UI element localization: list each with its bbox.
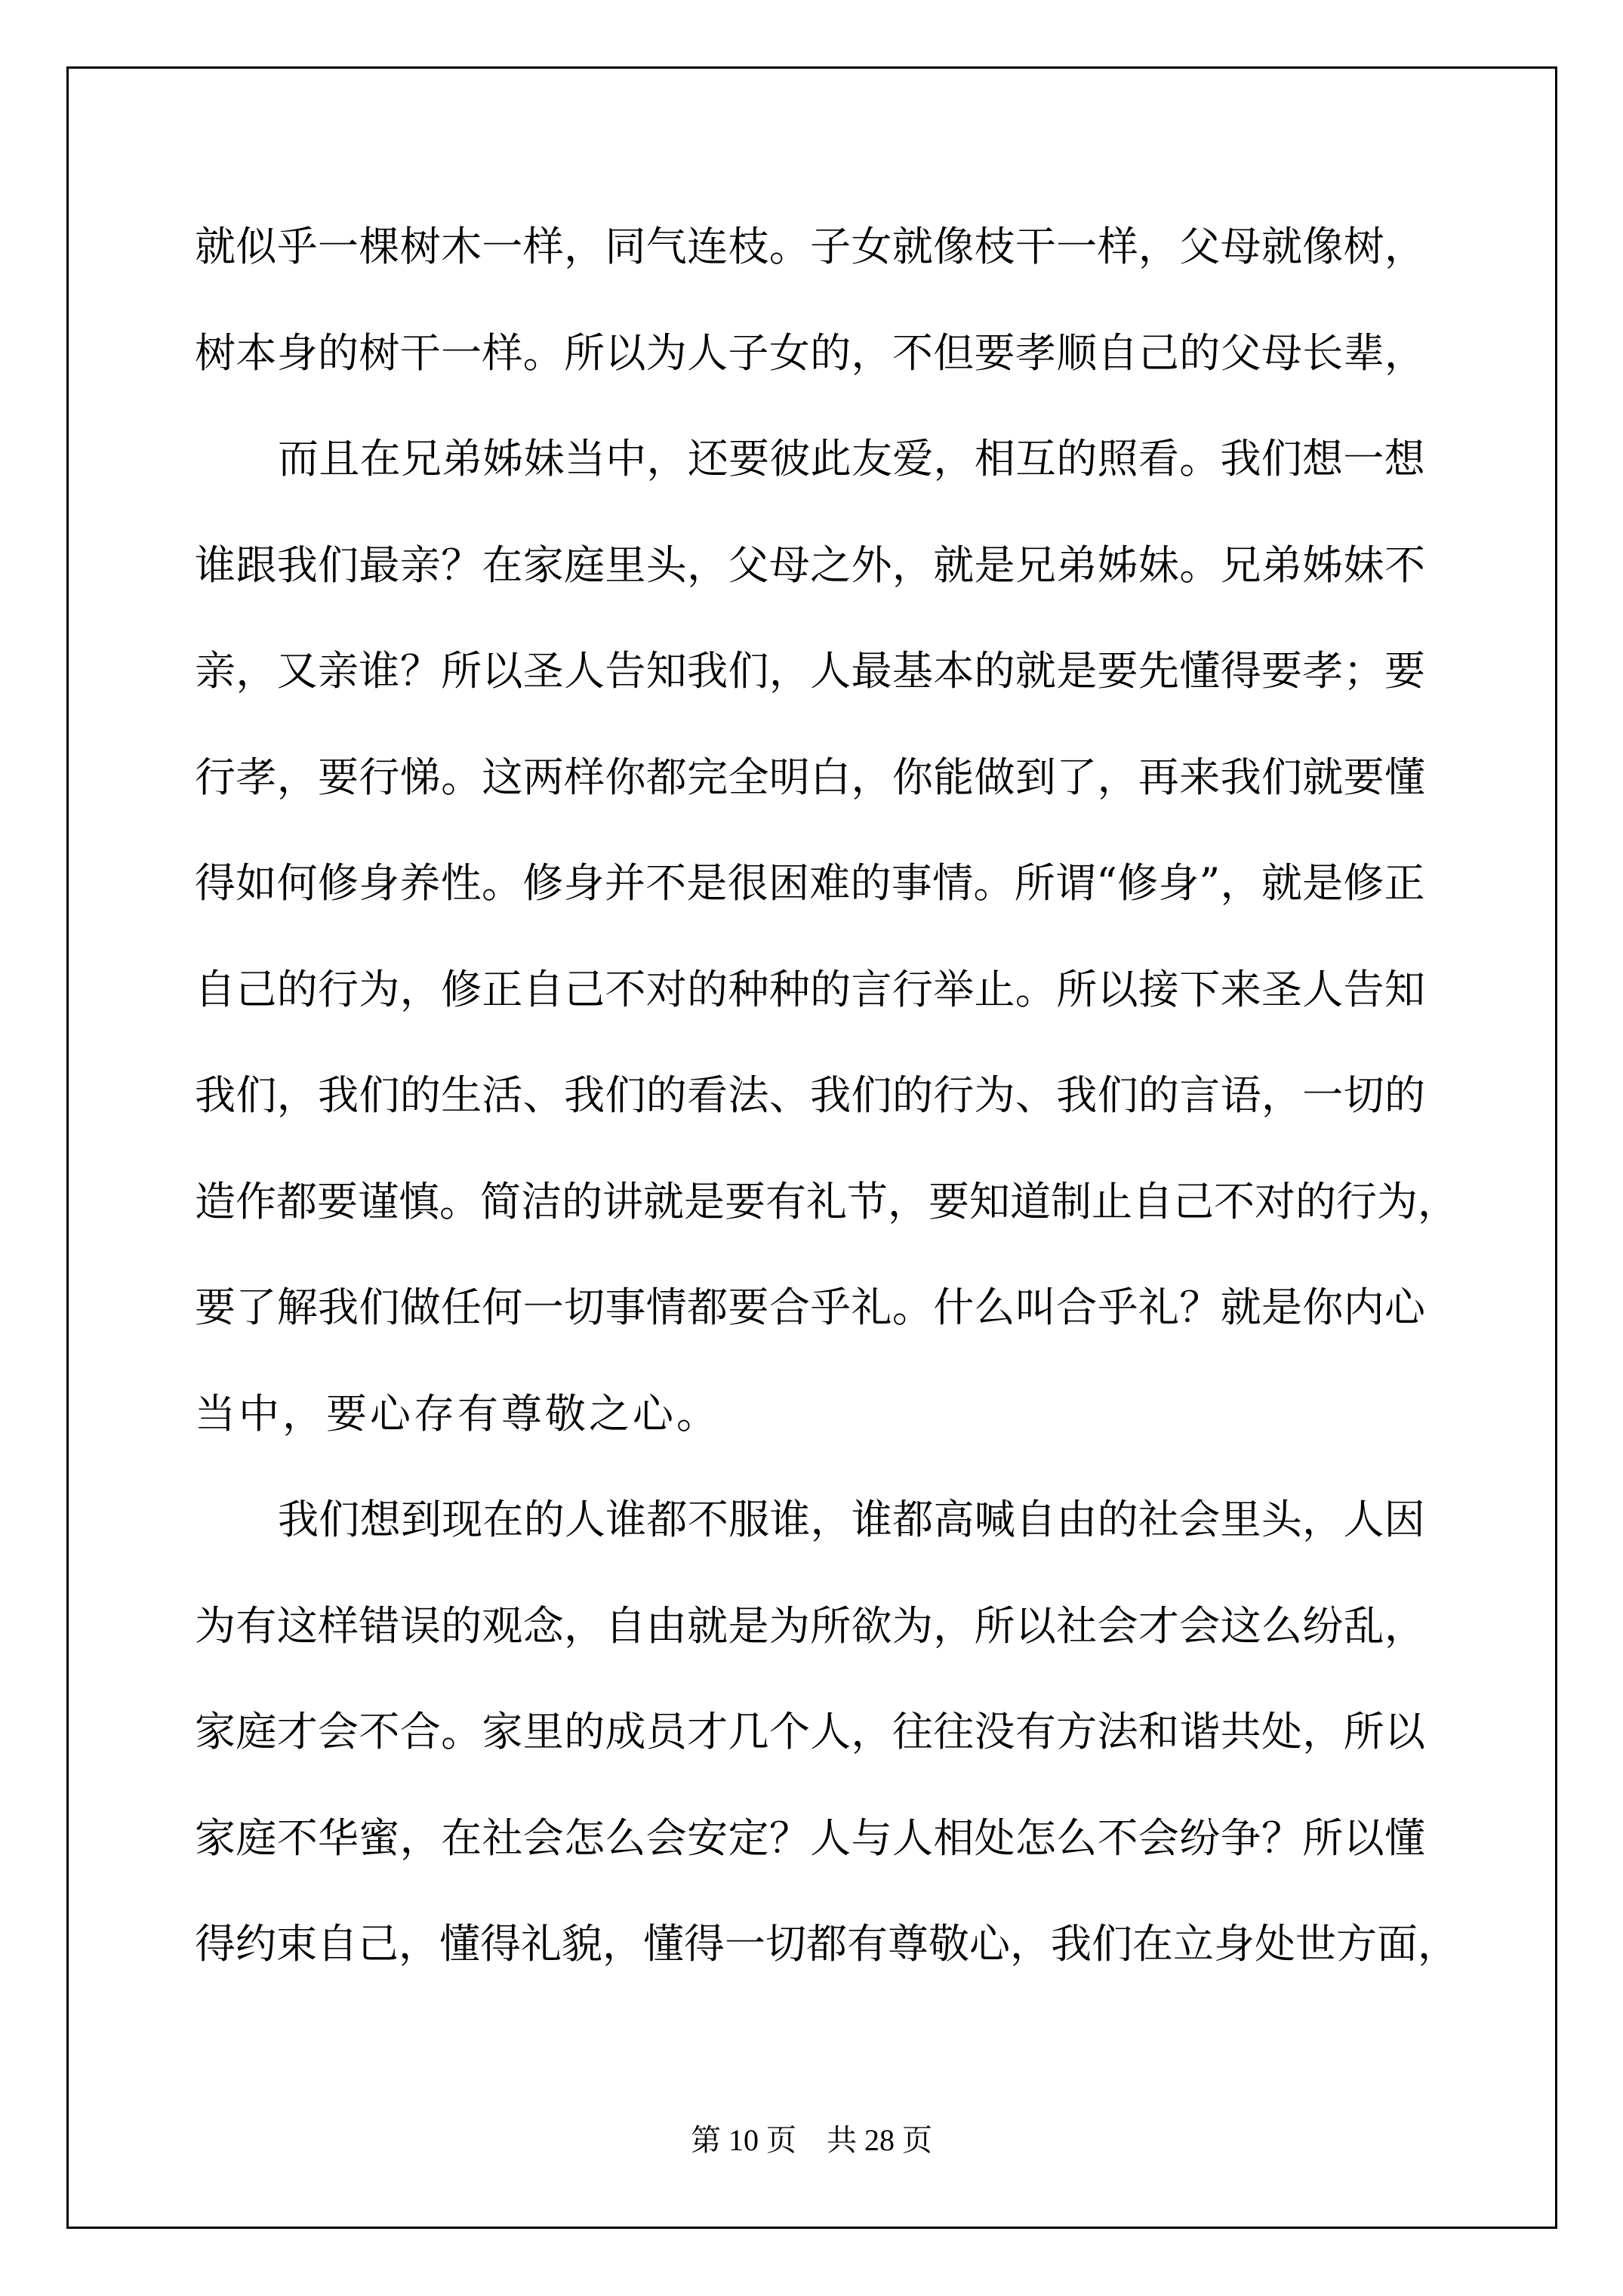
char: 尊 (501, 1392, 542, 1436)
char: 来 (1179, 756, 1220, 800)
char: 才 (1138, 1604, 1179, 1648)
char: 难 (809, 861, 850, 905)
text-line: 要了解我们做任何一切事情都要合乎礼。什么叫合乎礼？就是你内心 (195, 1286, 1425, 1330)
char: 任 (441, 1286, 482, 1330)
char: 不 (1098, 1817, 1138, 1860)
char: 人 (1343, 1498, 1384, 1542)
char: 不 (605, 968, 645, 1012)
char: 。 (973, 861, 1014, 905)
char: 我 (277, 544, 318, 587)
char: 活 (482, 1074, 522, 1117)
char: 得 (1221, 649, 1261, 693)
char: 当 (565, 437, 605, 481)
char: 不 (892, 331, 933, 375)
char: 我 (1051, 1922, 1092, 1966)
char: 爱 (892, 437, 933, 481)
char: 了 (1056, 756, 1097, 800)
text-line: 当中，要心存有尊敬之心。 (195, 1392, 1425, 1436)
char: 有 (236, 1604, 276, 1648)
char: ， (1010, 1922, 1051, 1966)
char: ， (1098, 756, 1138, 800)
char: 所 (1015, 861, 1055, 905)
char: 人 (810, 1710, 851, 1754)
char: 知 (1384, 968, 1425, 1012)
char: 修 (1117, 861, 1158, 905)
char: 一 (725, 1922, 765, 1966)
char: 要 (195, 1286, 236, 1330)
char: 连 (687, 225, 728, 269)
char: 何 (482, 1286, 522, 1330)
char: ， (1261, 1074, 1302, 1117)
char: 想 (1302, 437, 1343, 481)
char: ， (282, 1392, 323, 1436)
char: 我 (1220, 437, 1261, 481)
char: 的 (564, 1710, 605, 1754)
char: 自 (195, 968, 236, 1012)
char: 人 (564, 649, 605, 693)
char: 为 (892, 1604, 933, 1648)
char: 处 (975, 1817, 1015, 1860)
char: 华 (318, 1817, 359, 1860)
char: ， (1384, 1604, 1425, 1648)
char: 告 (605, 649, 645, 693)
char: 自 (317, 1922, 358, 1966)
char: 纷 (1302, 1604, 1343, 1648)
char: 与 (852, 1817, 892, 1860)
char: 困 (768, 861, 809, 905)
char: 懂 (439, 1922, 480, 1966)
char: 不 (1384, 544, 1425, 587)
char: ， (647, 437, 688, 481)
char: 谨 (358, 1180, 399, 1224)
document-page: 就似乎一棵树木一样，同气连枝。子女就像枝干一样，父母就像树，树本身的树干一样。所… (0, 0, 1623, 2296)
char: 得 (480, 1922, 521, 1966)
char: 当 (195, 1392, 236, 1436)
char: 有 (765, 1180, 806, 1224)
char: 敬 (545, 1392, 586, 1436)
char: 为 (975, 1074, 1015, 1117)
char: 兄 (1015, 544, 1056, 587)
char: 的 (851, 861, 892, 905)
char: 长 (1302, 331, 1343, 375)
char: 为 (646, 331, 687, 375)
char: 要 (728, 437, 769, 481)
char: 就 (1015, 649, 1056, 693)
char: 头 (646, 544, 687, 587)
char: “ (1096, 861, 1117, 905)
char: 己 (1173, 1180, 1214, 1224)
char: 节 (847, 1180, 888, 1224)
char: 解 (277, 1286, 318, 1330)
char: 我 (195, 1074, 236, 1117)
char: 行 (318, 968, 359, 1012)
char: 就 (687, 1604, 728, 1648)
char: 辈 (1344, 331, 1384, 375)
char: 么 (1056, 1817, 1097, 1860)
char: 和 (1138, 1710, 1179, 1754)
char: 看 (1138, 437, 1179, 481)
char: 语 (1221, 1074, 1261, 1117)
char: 本 (933, 649, 974, 693)
char: 安 (687, 1817, 728, 1860)
char: 还 (688, 437, 728, 481)
char: 是 (1302, 861, 1343, 905)
char: 会 (1138, 1817, 1179, 1860)
char: 父 (1179, 225, 1220, 269)
char: 心 (633, 1392, 673, 1436)
char: 一 (523, 1286, 564, 1330)
char: 懂 (1179, 649, 1220, 693)
char: 道 (1010, 1180, 1051, 1224)
char: 我 (687, 649, 728, 693)
char: 我 (318, 1286, 359, 1330)
page-footer: 第 10 页 共 28 页 (0, 2123, 1623, 2158)
char: 似 (236, 225, 276, 269)
char: 言 (852, 968, 892, 1012)
char: 又 (277, 649, 318, 693)
char: ， (602, 1922, 643, 1966)
char: 法 (728, 1074, 768, 1117)
char: 先 (1138, 649, 1179, 693)
char: 在 (441, 1817, 482, 1860)
char: 孝 (236, 756, 276, 800)
char: 谐 (1179, 1710, 1220, 1754)
char: 看 (687, 1074, 728, 1117)
char: ， (934, 437, 975, 481)
char: 才 (277, 1710, 318, 1754)
char: 家 (482, 1710, 522, 1754)
char: 到 (401, 1498, 442, 1542)
char: 不 (688, 1498, 728, 1542)
text-line: 得如何修身养性。修身并不是很困难的事情。所谓“修身”，就是修正 (195, 861, 1425, 905)
char: 人 (1302, 968, 1343, 1012)
char: 友 (852, 437, 892, 481)
char: 子 (728, 331, 768, 375)
char: 圣 (523, 649, 564, 693)
char: 妹 (1138, 544, 1179, 587)
char: 弟 (1261, 544, 1302, 587)
char: 行 (933, 1074, 974, 1117)
char: 人 (810, 649, 851, 693)
char: 们 (1261, 437, 1302, 481)
char: 们 (318, 544, 359, 587)
char: 误 (400, 1604, 441, 1648)
char: 以 (1098, 968, 1138, 1012)
char: 有 (847, 1922, 888, 1966)
char: 往 (933, 1710, 974, 1754)
char: 情 (932, 861, 973, 905)
char: 乱 (1344, 1604, 1384, 1648)
char: 亲 (318, 649, 359, 693)
char: 、 (1015, 1074, 1056, 1117)
char: 乎 (277, 225, 318, 269)
char: 最 (852, 649, 892, 693)
char: 但 (933, 331, 974, 375)
char: 法 (1098, 1710, 1138, 1754)
char: 事 (605, 1286, 645, 1330)
char: 会 (646, 1817, 687, 1860)
char: 谁 (605, 1498, 646, 1542)
char: 不 (359, 1710, 399, 1754)
char: 是 (975, 544, 1015, 587)
char: 修 (318, 861, 359, 905)
char: 貌 (562, 1922, 602, 1966)
char: 知 (969, 1180, 1010, 1224)
char: ， (564, 225, 605, 269)
char: 的 (1056, 437, 1097, 481)
char: 对 (1255, 1180, 1295, 1224)
char: 我 (564, 1074, 605, 1117)
char: 明 (769, 756, 810, 800)
char: 方 (1056, 1710, 1097, 1754)
char: 最 (359, 544, 399, 587)
text-line: 自己的行为，修正自己不对的种种的言行举止。所以接下来圣人告知 (195, 968, 1425, 1012)
char: 服 (728, 1498, 769, 1542)
char: 错 (359, 1604, 399, 1648)
text-line: 为有这样错误的观念，自由就是为所欲为，所以社会才会这么纷乱， (195, 1604, 1425, 1648)
char: 谁 (195, 544, 236, 587)
char: 礼 (806, 1180, 847, 1224)
char: 木 (441, 225, 482, 269)
char: 身 (564, 861, 605, 905)
char: 女 (769, 331, 810, 375)
char: 家 (195, 1817, 236, 1860)
char: 样 (1098, 225, 1138, 269)
char: 知 (646, 649, 687, 693)
char: 要 (318, 756, 359, 800)
char: 、 (523, 1074, 564, 1117)
char: 。 (441, 1710, 482, 1754)
char: ？ (400, 649, 441, 693)
char: 做 (400, 1286, 441, 1330)
text-line: 家庭才会不合。家里的成员才几个人，往往没有方法和谐共处，所以 (195, 1710, 1425, 1754)
char: 就 (1261, 861, 1302, 905)
char: 跟 (236, 544, 276, 587)
char: 并 (605, 861, 645, 905)
char: 社 (1138, 1498, 1179, 1542)
char: 慎 (399, 1180, 439, 1224)
char: 们 (359, 1074, 399, 1117)
char: 纷 (1179, 1817, 1220, 1860)
char: 干 (1015, 225, 1056, 269)
char: 所 (1344, 1710, 1384, 1754)
char: ， (1384, 331, 1425, 375)
char: 一 (1302, 1074, 1343, 1117)
char: 共 (1221, 1710, 1261, 1754)
char: 谓 (1055, 861, 1096, 905)
char: 。 (1015, 968, 1056, 1012)
char: 造 (195, 1180, 236, 1224)
char: 喊 (975, 1498, 1015, 1542)
char: 能 (933, 756, 974, 800)
char: 。 (439, 1180, 480, 1224)
char: 的 (687, 968, 728, 1012)
char: ， (888, 1180, 929, 1224)
char: 树 (400, 225, 441, 269)
char: ， (564, 1604, 605, 1648)
char: 有 (1015, 1710, 1056, 1754)
char: 样 (564, 756, 605, 800)
char: 自 (1015, 1498, 1056, 1542)
char: 自 (605, 1604, 645, 1648)
char: 己 (564, 968, 605, 1012)
char: 生 (441, 1074, 482, 1117)
char: 懂 (643, 1922, 684, 1966)
char: 言 (1179, 1074, 1220, 1117)
char: 此 (811, 437, 852, 481)
char: 礼 (852, 1286, 892, 1330)
char: 里 (1220, 1498, 1261, 1542)
char: 要 (725, 1180, 765, 1224)
char: 面 (1377, 1922, 1418, 1966)
char: 止 (975, 968, 1015, 1012)
char: 身 (277, 331, 318, 375)
char: 家 (523, 544, 564, 587)
char: 讲 (602, 1180, 643, 1224)
char: 的 (1295, 1180, 1336, 1224)
char: 这 (1221, 1604, 1261, 1648)
char: ” (1200, 861, 1221, 905)
char: 要 (1098, 649, 1138, 693)
char: 修 (1343, 861, 1384, 905)
char: 兄 (1221, 544, 1261, 587)
char: 社 (1056, 1604, 1097, 1648)
char: ， (1418, 1180, 1458, 1224)
char: ？ (441, 544, 482, 587)
char: 社 (482, 1817, 522, 1860)
char: 弟 (1056, 544, 1097, 587)
char: 相 (933, 1817, 974, 1860)
char: 的 (810, 968, 851, 1012)
char: ； (1344, 649, 1384, 693)
char: 对 (646, 968, 687, 1012)
char: 是 (684, 1180, 725, 1224)
char: ， (933, 1604, 974, 1648)
char: 怎 (564, 1817, 605, 1860)
char: 种 (728, 968, 768, 1012)
text-line: 而且在兄弟姊妹当中，还要彼此友爱，相互的照看。我们想一想 (195, 437, 1425, 481)
char: 简 (480, 1180, 521, 1224)
char: 而 (278, 437, 319, 481)
char: 存 (414, 1392, 454, 1436)
char: 要 (1384, 649, 1425, 693)
char: 处 (1261, 1710, 1302, 1754)
char: 人 (810, 1817, 851, 1860)
char: 不 (645, 861, 686, 905)
char: ？ (769, 1817, 810, 1860)
char: 就 (1302, 756, 1343, 800)
char: 所 (810, 1604, 851, 1648)
char: 合 (400, 1710, 441, 1754)
char: 得 (684, 1922, 725, 1966)
char: 内 (1344, 1286, 1384, 1330)
char: 。 (1179, 544, 1220, 587)
char: 都 (647, 1498, 688, 1542)
char: 父 (728, 544, 768, 587)
char: 礼 (521, 1922, 562, 1966)
text-line: 造作都要谨慎。简洁的讲就是要有礼节，要知道制止自己不对的行为， (195, 1180, 1425, 1224)
char: 。 (441, 756, 482, 800)
char: 弟 (442, 437, 482, 481)
char: 在 (482, 544, 522, 587)
char: 就 (1261, 225, 1302, 269)
char: 所 (1302, 1817, 1343, 1860)
char: 父 (1221, 331, 1261, 375)
char: 不 (1214, 1180, 1255, 1224)
char: 尊 (888, 1922, 929, 1966)
char: ， (1418, 1922, 1458, 1966)
char: 都 (806, 1922, 847, 1966)
char: 要 (728, 1286, 768, 1330)
char: 外 (852, 544, 892, 587)
char: 在 (482, 1498, 523, 1542)
char: 样 (318, 1604, 359, 1648)
char: 告 (1344, 968, 1384, 1012)
char: 修 (441, 968, 482, 1012)
char: 白 (810, 756, 851, 800)
char: 争 (1221, 1817, 1261, 1860)
char: 要 (317, 1180, 358, 1224)
char: 为 (359, 968, 399, 1012)
char: 庭 (236, 1710, 276, 1754)
char: 本 (236, 331, 276, 375)
char: 再 (1138, 756, 1179, 800)
char: 们 (605, 1074, 645, 1117)
char: 照 (1098, 437, 1138, 481)
char: 己 (358, 1922, 399, 1966)
char: 怎 (1015, 1817, 1056, 1860)
char: 棵 (359, 225, 399, 269)
char: 人 (892, 1817, 933, 1860)
char: 女 (852, 225, 892, 269)
char: 的 (1384, 1074, 1425, 1117)
char: ， (400, 968, 441, 1012)
char: 合 (1056, 1286, 1097, 1330)
char: 。 (676, 1392, 717, 1436)
char: 有 (457, 1392, 498, 1436)
char: 兄 (401, 437, 442, 481)
char: 切 (564, 1286, 605, 1330)
char: 得 (195, 1922, 236, 1966)
char: 是 (686, 861, 727, 905)
char: 行 (359, 756, 399, 800)
char: 性 (441, 861, 482, 905)
char: 一 (318, 225, 359, 269)
char: 么 (605, 1817, 645, 1860)
text-line: 我们想到现在的人谁都不服谁，谁都高喊自由的社会里头，人因 (195, 1498, 1425, 1542)
char: 都 (687, 1286, 728, 1330)
char: 么 (975, 1286, 1015, 1330)
char: 家 (195, 1710, 236, 1754)
char: 我 (278, 1498, 319, 1542)
char: ， (852, 1710, 892, 1754)
char: 欲 (852, 1604, 892, 1648)
char: 来 (1221, 968, 1261, 1012)
char: 很 (728, 861, 768, 905)
char: ， (1302, 1710, 1343, 1754)
char: 念 (523, 1604, 564, 1648)
char: 母 (1261, 331, 1302, 375)
char: 为 (1377, 1180, 1418, 1224)
char: 要 (1261, 649, 1302, 693)
char: 、 (769, 1074, 810, 1117)
char: 礼 (1138, 1286, 1179, 1330)
char: 的 (1138, 1074, 1179, 1117)
char: 了 (236, 1286, 276, 1330)
char: 。 (769, 225, 810, 269)
char: 我 (810, 1074, 851, 1117)
char: 止 (1092, 1180, 1132, 1224)
